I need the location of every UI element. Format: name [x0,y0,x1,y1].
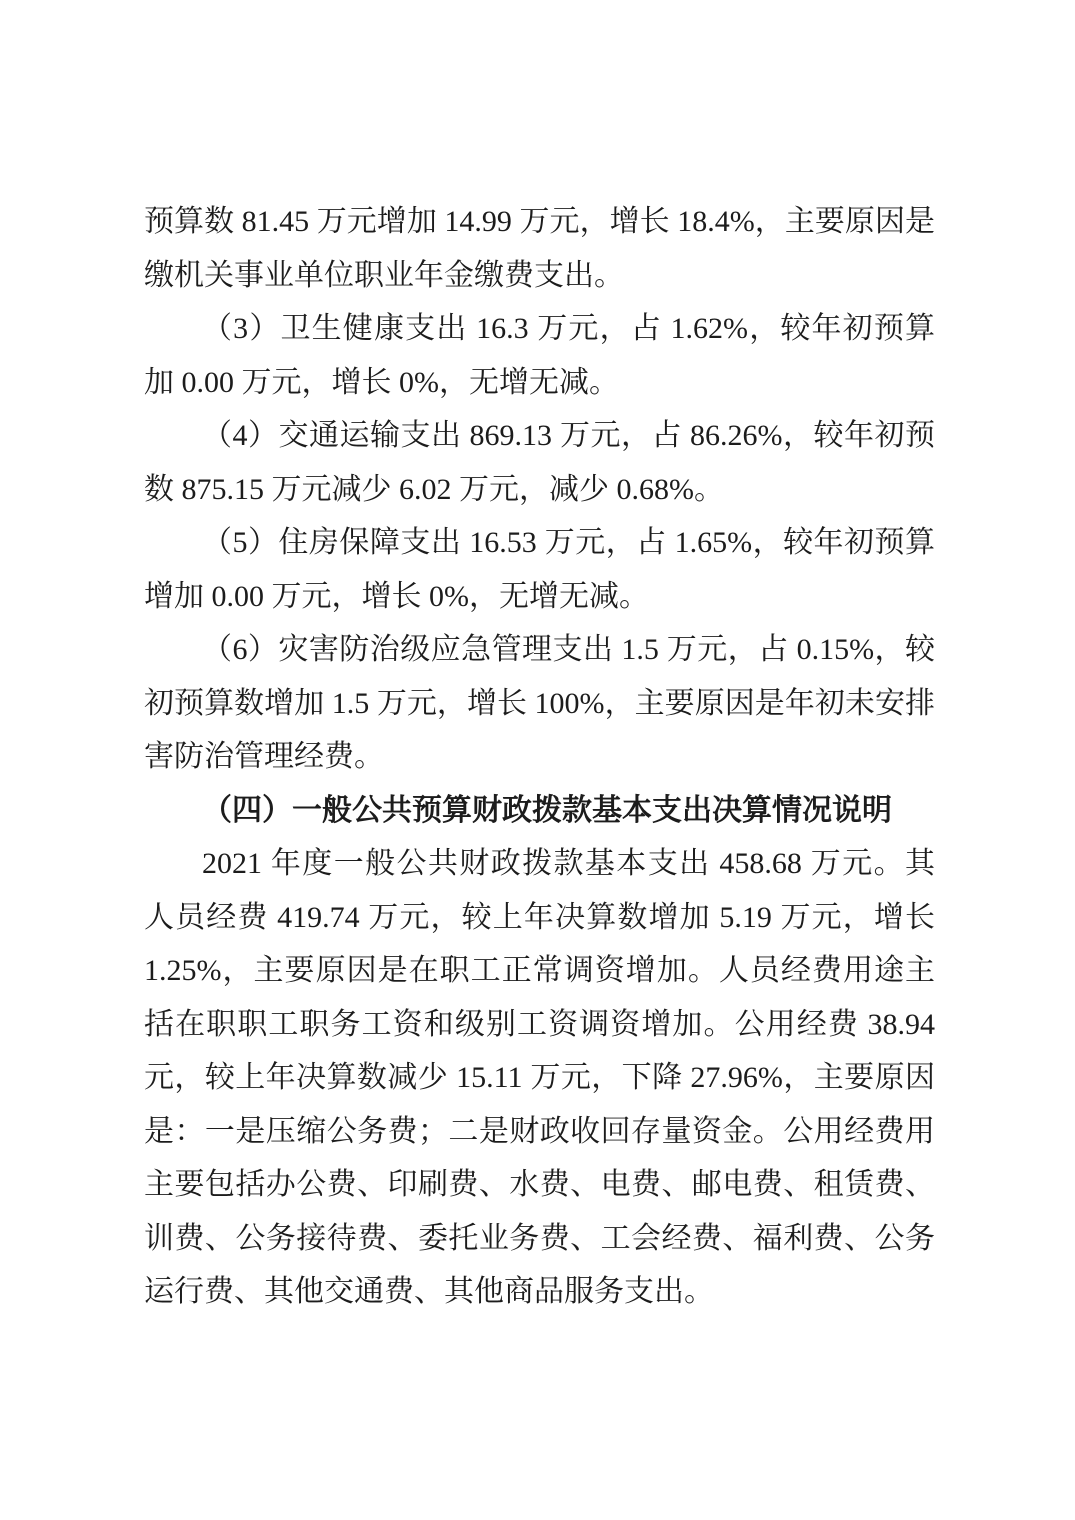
paragraph: 预算数 81.45 万元增加 14.99 万元，增长 18.4%，主要原因是补缴… [144,195,935,302]
paragraph: （3）卫生健康支出 16.3 万元，占 1.62%，较年初预算数增加 0.00 … [144,302,935,409]
paragraph: （6）灾害防治级应急管理支出 1.5 万元，占 0.15%，较年初预算数增加 1… [144,623,935,784]
text-line: 训费、公务接待费、委托业务费、工会经费、福利费、公务车 [144,1212,935,1266]
paragraph: （5）住房保障支出 16.53 万元，占 1.65%，较年初预算数增加 0.00… [144,516,935,623]
text-line: （3）卫生健康支出 16.3 万元，占 1.62%，较年初预算数增 [144,302,935,356]
text-line: 括在职职工职务工资和级别工资调资增加。公用经费 38.94 万 [144,998,935,1052]
text-line: 运行费、其他交通费、其他商品服务支出。 [144,1265,935,1319]
paragraph: 2021 年度一般公共财政拨款基本支出 458.68 万元。其中：人员经费 41… [144,837,935,1319]
text-line: （6）灾害防治级应急管理支出 1.5 万元，占 0.15%，较年 [144,623,935,677]
document-body: 预算数 81.45 万元增加 14.99 万元，增长 18.4%，主要原因是补缴… [144,195,935,1319]
text-line: 2021 年度一般公共财政拨款基本支出 458.68 万元。其中： [144,837,935,891]
text-line: 数 875.15 万元减少 6.02 万元，减少 0.68%。 [144,463,935,517]
text-line: （4）交通运输支出 869.13 万元，占 86.26%，较年初预算 [144,409,935,463]
text-line: 害防治管理经费。 [144,730,935,784]
section-heading-line: （四）一般公共预算财政拨款基本支出决算情况说明 [144,784,935,838]
text-line: 人员经费 419.74 万元，较上年决算数增加 5.19 万元，增长 [144,891,935,945]
section-heading: （四）一般公共预算财政拨款基本支出决算情况说明 [144,784,935,838]
text-line: 1.25%，主要原因是在职工正常调资增加。人员经费用途主要包 [144,944,935,998]
text-line: 主要包括办公费、印刷费、水费、电费、邮电费、租赁费、培 [144,1158,935,1212]
paragraph: （4）交通运输支出 869.13 万元，占 86.26%，较年初预算数 875.… [144,409,935,516]
document-page: 预算数 81.45 万元增加 14.99 万元，增长 18.4%，主要原因是补缴… [0,0,1075,1520]
text-line: 初预算数增加 1.5 万元，增长 100%，主要原因是年初未安排灾 [144,677,935,731]
text-line: 预算数 81.45 万元增加 14.99 万元，增长 18.4%，主要原因是补 [144,195,935,249]
text-line: 缴机关事业单位职业年金缴费支出。 [144,249,935,303]
text-line: 是：一是压缩公务费；二是财政收回存量资金。公用经费用途 [144,1105,935,1159]
text-line: 元，较上年决算数减少 15.11 万元，下降 27.96%，主要原因 [144,1051,935,1105]
text-line: 增加 0.00 万元，增长 0%，无增无减。 [144,570,935,624]
text-line: 加 0.00 万元，增长 0%，无增无减。 [144,356,935,410]
text-line: （5）住房保障支出 16.53 万元，占 1.65%，较年初预算数 [144,516,935,570]
